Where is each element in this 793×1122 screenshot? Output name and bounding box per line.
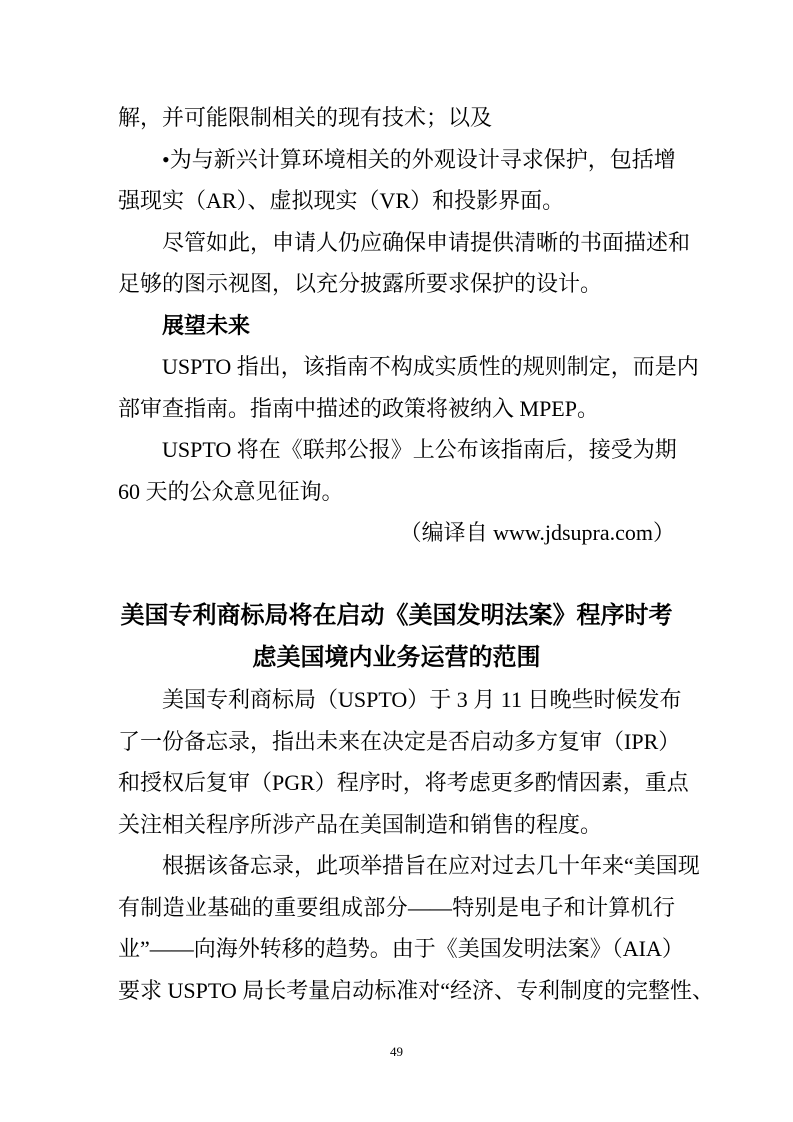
body-text-line: 有制造业基础的重要组成部分——特别是电子和计算机行 — [118, 887, 675, 929]
body-text-line: 60 天的公众意见征询。 — [118, 471, 675, 513]
page-number: 49 — [0, 1044, 793, 1060]
attribution-line: （编译自 www.jdsupra.com） — [118, 512, 675, 554]
article-title-line: 虑美国境内业务运营的范围 — [118, 637, 675, 679]
body-text-line: 尽管如此，申请人仍应确保申请提供清晰的书面描述和 — [118, 222, 675, 264]
body-text-line: USPTO 将在《联邦公报》上公布该指南后，接受为期 — [118, 429, 675, 471]
body-text-line: 足够的图示视图，以充分披露所要求保护的设计。 — [118, 263, 675, 305]
body-text-line: 和授权后复审（PGR）程序时，将考虑更多酌情因素，重点 — [118, 762, 675, 804]
body-text-line: 强现实（AR）、虚拟现实（VR）和投影界面。 — [118, 180, 675, 222]
body-text-line: 了一份备忘录，指出未来在决定是否启动多方复审（IPR） — [118, 721, 675, 763]
body-text-line: 部审查指南。指南中描述的政策将被纳入 MPEP。 — [118, 388, 675, 430]
body-text-line: •为与新兴计算环境相关的外观设计寻求保护，包括增 — [118, 139, 675, 181]
body-text-line: 关注相关程序所涉产品在美国制造和销售的程度。 — [118, 804, 675, 846]
body-text-line: 要求 USPTO 局长考量启动标准对“经济、专利制度的完整性、 — [118, 970, 675, 1012]
body-text-line: 业”——向海外转移的趋势。由于《美国发明法案》（AIA） — [118, 928, 675, 970]
blank-line — [118, 554, 675, 596]
body-text-line: 美国专利商标局（USPTO）于 3 月 11 日晚些时候发布 — [118, 679, 675, 721]
body-text-line: USPTO 指出，该指南不构成实质性的规则制定，而是内 — [118, 346, 675, 388]
body-text-line: 根据该备忘录，此项举措旨在应对过去几十年来“美国现 — [118, 845, 675, 887]
body-text-line: 解，并可能限制相关的现有技术；以及 — [118, 97, 675, 139]
document-page: 解，并可能限制相关的现有技术；以及•为与新兴计算环境相关的外观设计寻求保护，包括… — [0, 0, 793, 1122]
section-heading: 展望未来 — [118, 305, 675, 347]
article-title-line: 美国专利商标局将在启动《美国发明法案》程序时考 — [118, 595, 675, 637]
document-content: 解，并可能限制相关的现有技术；以及•为与新兴计算环境相关的外观设计寻求保护，包括… — [118, 97, 675, 1011]
